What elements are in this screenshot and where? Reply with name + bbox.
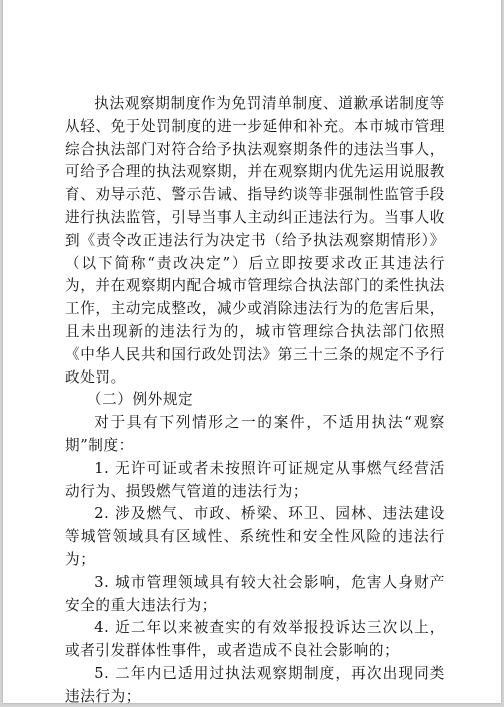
- list-item-exception-3: 3. 城市管理领域具有较大社会影响，危害人身财产安全的重大违法行为；: [65, 572, 445, 618]
- list-item-exception-5: 5. 二年内已适用过执法观察期制度，再次出现同类违法行为；: [65, 663, 445, 707]
- document-page: 执法观察期制度作为免罚清单制度、道歉承诺制度等从轻、免于处罚制度的进一步延伸和补…: [3, 0, 501, 703]
- section-heading-exceptions: （二）例外规定: [65, 389, 445, 412]
- list-item-exception-2: 2. 涉及燃气、市政、桥梁、环卫、园林、违法建设等城管领域具有区域性、系统性和安…: [65, 503, 445, 571]
- list-item-exception-4: 4. 近二年以来被查实的有效举报投诉达三次以上，或者引发群体性事件，或者造成不良…: [65, 617, 445, 663]
- paragraph-exceptions-intro: 对于具有下列情形之一的案件，不适用执法“观察期”制度：: [65, 412, 445, 458]
- paragraph-observation-period-intro: 执法观察期制度作为免罚清单制度、道歉承诺制度等从轻、免于处罚制度的进一步延伸和补…: [65, 93, 445, 389]
- document-body: 执法观察期制度作为免罚清单制度、道歉承诺制度等从轻、免于处罚制度的进一步延伸和补…: [65, 93, 445, 707]
- list-item-exception-1: 1. 无许可证或者未按照许可证规定从事燃气经营活动行为、损毁燃气管道的违法行为；: [65, 458, 445, 504]
